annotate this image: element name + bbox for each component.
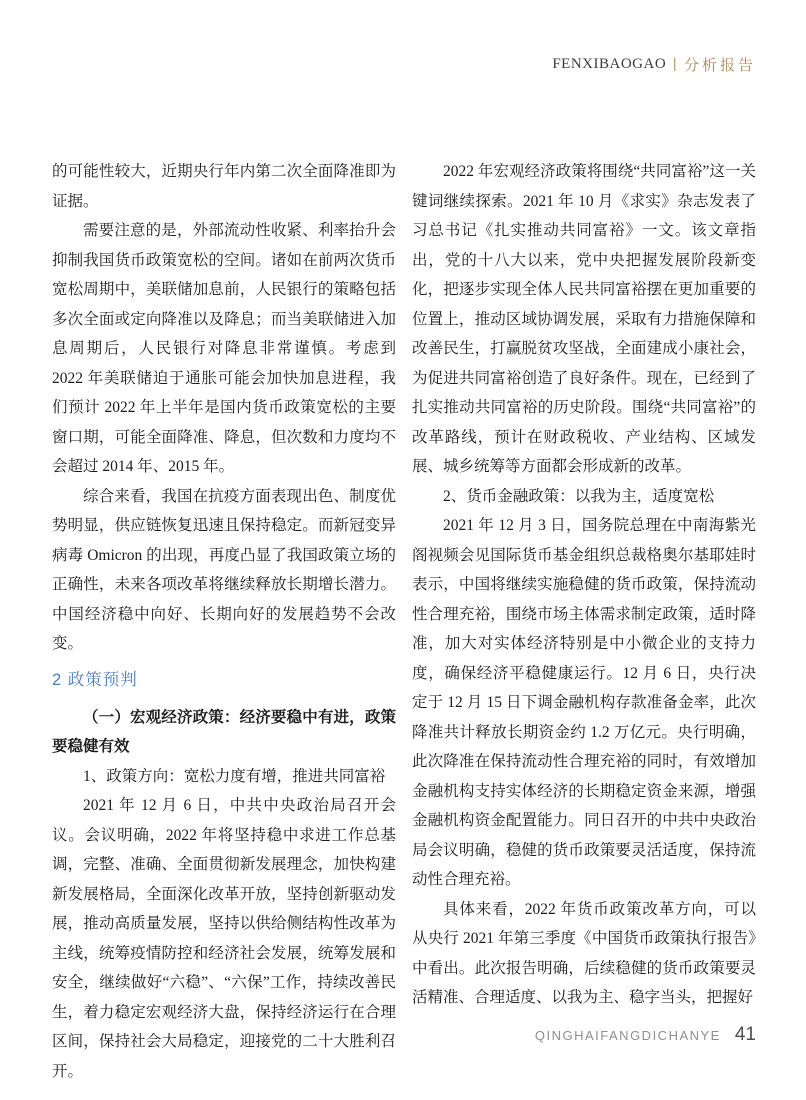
paragraph: 2022 年宏观经济政策将围绕“共同富裕”这一关键词继续探索。2021 年 10… bbox=[412, 157, 756, 482]
left-column: 的可能性较大，近期央行年内第二次全面降准即为证据。需要注意的是，外部流动性收紧、… bbox=[52, 157, 396, 1086]
document-page: FENXIBAOGAO | 分析报告 的可能性较大，近期央行年内第二次全面降准即… bbox=[0, 0, 806, 1100]
journal-name-pinyin: FENXIBAOGAO bbox=[552, 56, 666, 73]
paragraph: 综合来看，我国在抗疫方面表现出色、制度优势明显，供应链恢复迅速且保持稳定。而新冠… bbox=[52, 482, 396, 659]
section-heading: 2 政策预判 bbox=[52, 668, 396, 692]
page-header: FENXIBAOGAO | 分析报告 bbox=[552, 54, 756, 75]
paragraph: 具体来看，2022 年货币政策改革方向，可以从央行 2021 年第三季度《中国货… bbox=[412, 895, 756, 1013]
footer-journal-pinyin: QINGHAIFANGDICHANYE bbox=[535, 1028, 721, 1043]
page-number: 41 bbox=[735, 1024, 756, 1046]
paragraph: 2021 年 12 月 6 日，中共中央政治局召开会议。会议明确，2022 年将… bbox=[52, 791, 396, 1086]
two-column-body: 的可能性较大，近期央行年内第二次全面降准即为证据。需要注意的是，外部流动性收紧、… bbox=[52, 157, 756, 1086]
paragraph: 的可能性较大，近期央行年内第二次全面降准即为证据。 bbox=[52, 157, 396, 216]
right-column: 2022 年宏观经济政策将围绕“共同富裕”这一关键词继续探索。2021 年 10… bbox=[412, 157, 756, 1086]
subsection-heading: （一）宏观经济政策：经济要稳中有进，政策要稳健有效 bbox=[52, 703, 396, 762]
paragraph: 需要注意的是，外部流动性收紧、利率抬升会抑制我国货币政策宽松的空间。诸如在前两次… bbox=[52, 216, 396, 482]
header-divider: | bbox=[673, 56, 677, 73]
paragraph: 2021 年 12 月 3 日，国务院总理在中南海紫光阁视频会见国际货币基金组织… bbox=[412, 511, 756, 895]
page-footer: QINGHAIFANGDICHANYE 41 bbox=[535, 1024, 756, 1046]
paragraph: 1、政策方向：宽松力度有增，推进共同富裕 bbox=[52, 762, 396, 792]
paragraph: 2、货币金融政策：以我为主，适度宽松 bbox=[412, 482, 756, 512]
section-title-cn: 分析报告 bbox=[684, 54, 756, 75]
